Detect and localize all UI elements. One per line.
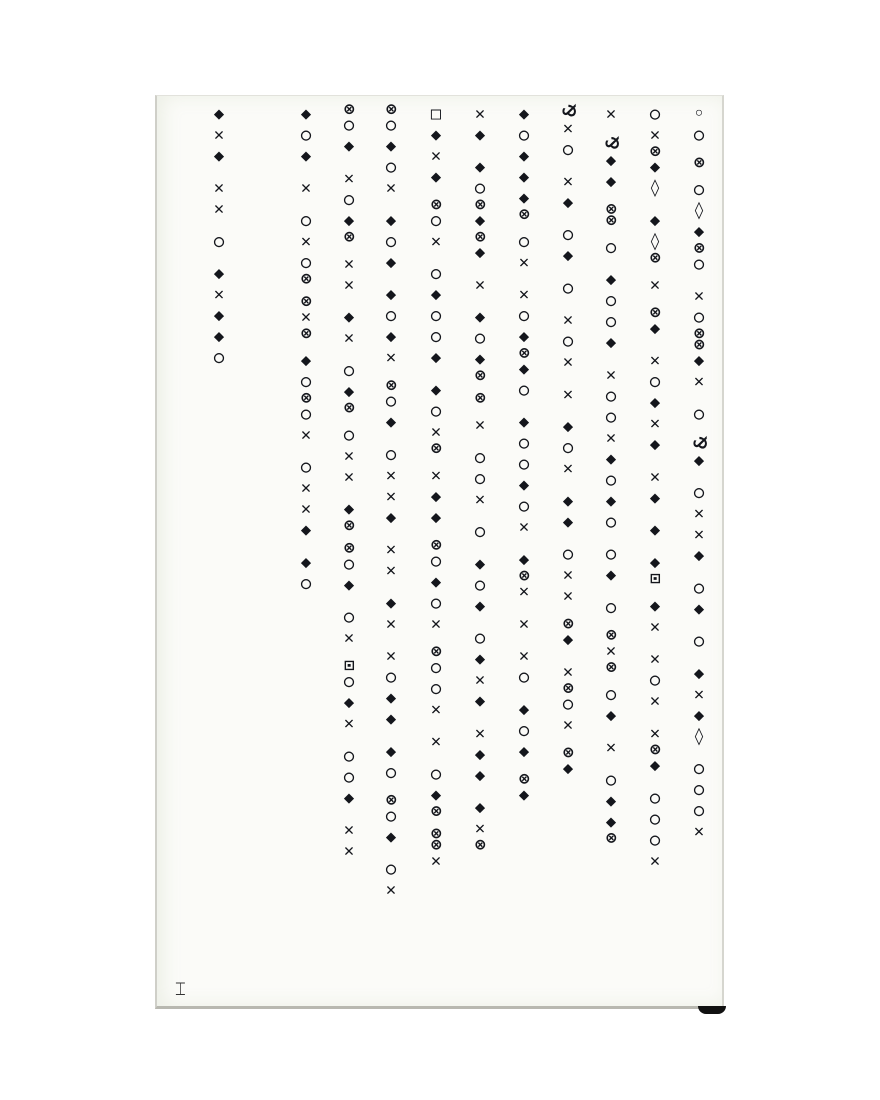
text-column-2: ○✕⊗◆◊ ◆◊⊗ ✕ ⊗◆ ✕○◆✕◆ ✕◆ ◆ ◆⊡ ◆✕ ✕○✕ ✕⊗◆ … <box>644 104 666 872</box>
text-column-5: ◆○◆◆◆⊗ ○✕ ✕○◆⊗◆○ ◆○○◆○✕ ◆⊗✕ ✕ ✕○ ◆○◆ ⊗◆ <box>513 104 535 806</box>
text-column-10: ◆○◆ ✕ ○✕○⊗ ⊗✕⊗ ◆○⊗○✕ ○✕✕◆ ◆○ <box>295 104 317 594</box>
text-column-3: ✕ ⅋◆◆ ⊗⊗ ○ ◆○○◆ ✕○○✕◆○◆○ ○◆ ○ ⊗✕⊗ ○◆ ✕ ○… <box>600 104 622 844</box>
text-column-12: ◆✕◆ ✕✕ ○ ◆✕◆◆○ <box>208 104 230 369</box>
text-column-6: ✕◆ ◆○⊗◆⊗◆ ✕ ◆○◆⊗ ⊗ ✕ ○○✕ ○ ◆○◆ ○◆✕◆ ✕◆◆ … <box>469 104 491 851</box>
text-column-1: ◦○ ⊗ ○◊◆⊗○ ✕○⊗⊗◆✕ ○ ⅋◆ ○✕✕◆ ○◆ ○ ◆✕◆◊ ○○… <box>688 104 710 843</box>
text-column-9: ⊗○◆ ✕○◆⊗ ✕✕ ◆✕ ○◆⊗ ○✕✕ ◆⊗ ⊗○◆ ○✕ ⊡○◆✕ ○○… <box>338 104 360 862</box>
text-column-4: ⅋✕○ ✕◆ ○◆ ○ ✕○✕ ✕ ◆○✕ ◆◆ ○✕✕ ⊗◆ ✕⊗○✕ ⊗◆ <box>557 104 579 780</box>
page-mark: ⌶ <box>175 979 186 1000</box>
text-column-7: □◆✕◆ ⊗○✕ ○◆○○◆ ◆○✕⊗ ✕◆◆ ⊗○◆○✕ ⊗○○✕ ✕ ○◆⊗… <box>425 104 447 872</box>
page-corner-mark <box>698 1006 726 1014</box>
manuscript-page: ◦○ ⊗ ○◊◆⊗○ ✕○⊗⊗◆✕ ○ ⅋◆ ○✕✕◆ ○◆ ○ ◆✕◆◊ ○○… <box>155 95 724 1009</box>
text-column-8: ⊗○◆○✕ ◆○◆ ◆○◆✕ ⊗○◆ ○✕✕◆ ✕✕ ◆✕ ✕○◆◆ ◆○ ⊗○… <box>380 104 402 901</box>
